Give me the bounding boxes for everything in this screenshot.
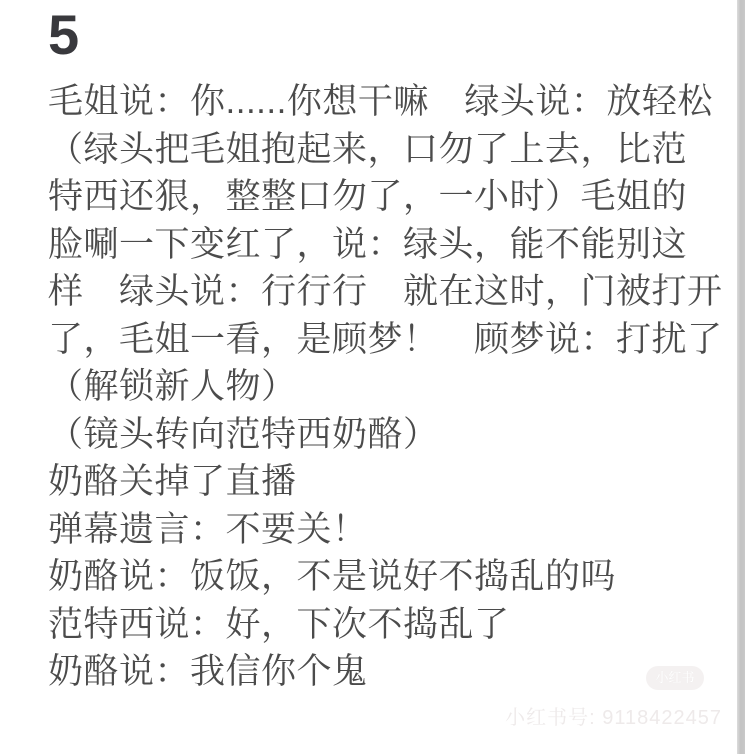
story-line: 奶酪说：我信你个鬼 <box>48 648 722 696</box>
scrollbar[interactable] <box>737 0 745 754</box>
story-line: 特西还狠，整整口勿了，一小时）毛姐的 <box>48 173 722 221</box>
story-line: 范特西说：好，下次不捣乱了 <box>48 601 722 649</box>
story-page: 5 毛姐说：你......你想干嘛 绿头说：放轻松 （绿头把毛姐抱起来，口勿了上… <box>0 0 750 754</box>
story-line: 奶酪关掉了直播 <box>48 458 722 506</box>
story-line: 毛姐说：你......你想干嘛 绿头说：放轻松 <box>48 78 722 126</box>
story-line: 奶酪说：饭饭，不是说好不捣乱的吗 <box>48 553 722 601</box>
story-line: 样 绿头说：行行行 就在这时，门被打开 <box>48 268 722 316</box>
story-line: （镜头转向范特西奶酪） <box>48 411 722 459</box>
story-text-block: 毛姐说：你......你想干嘛 绿头说：放轻松 （绿头把毛姐抱起来，口勿了上去，… <box>0 78 750 696</box>
section-number-heading: 5 <box>48 6 750 64</box>
xiaohongshu-account-id: 小红书号: 9118422457 <box>505 701 722 730</box>
story-line: 了，毛姐一看，是顾梦！ 顾梦说：打扰了 <box>48 316 722 364</box>
story-line: 弹幕遗言：不要关！ <box>48 506 722 554</box>
story-line: （绿头把毛姐抱起来，口勿了上去，比范 <box>48 126 722 174</box>
story-line: 脸唰一下变红了，说：绿头，能不能别这 <box>48 221 722 269</box>
story-line: （解锁新人物） <box>48 363 722 411</box>
